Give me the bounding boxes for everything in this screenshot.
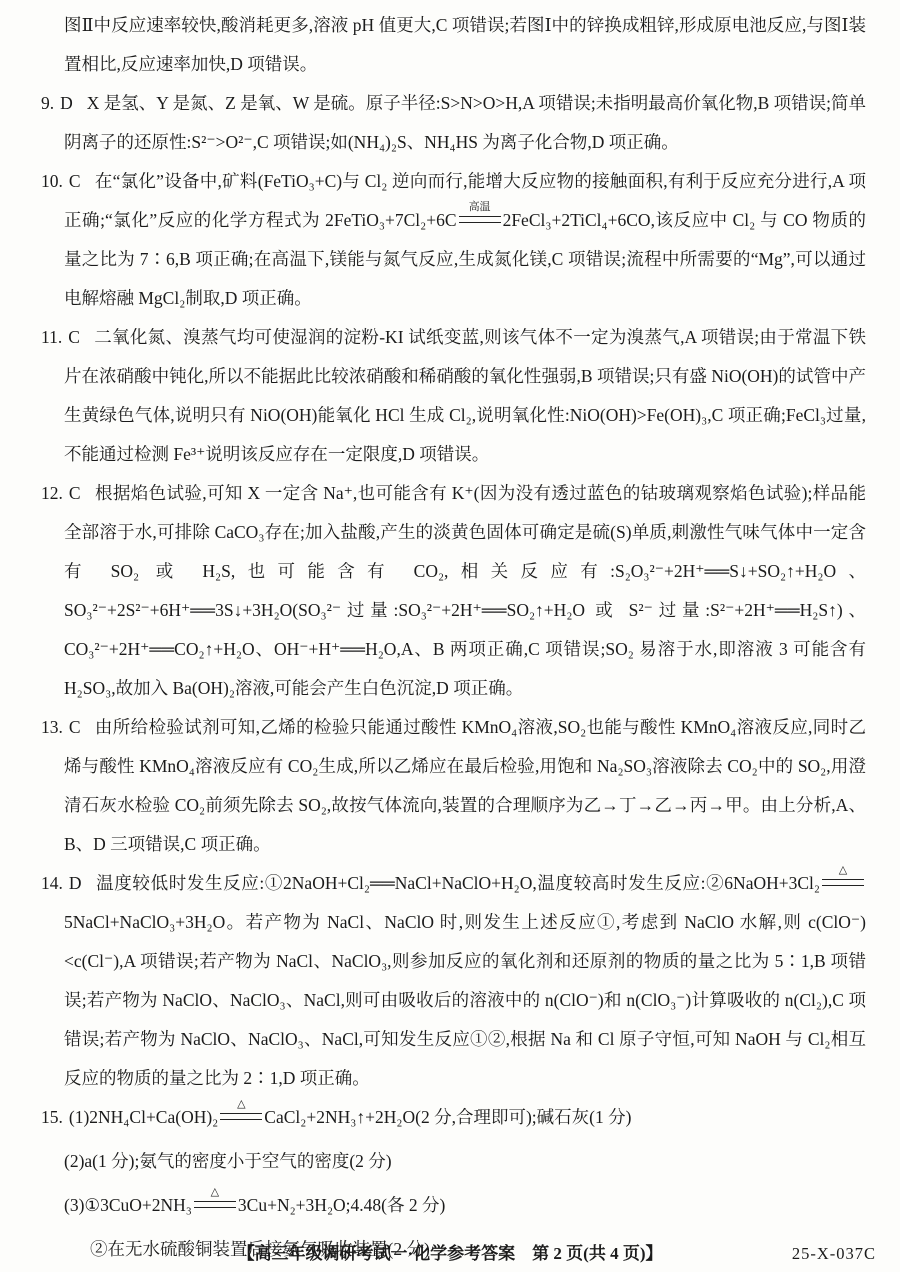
answer-item-13: 13.C由所给检验试剂可知,乙烯的检验只能通过酸性 KMnO₄溶液,SO₂也能与…: [0, 708, 866, 864]
item-text: 温度较低时发生反应:①2NaOH+Cl₂══NaCl+NaClO+H₂O,温度较…: [64, 873, 866, 1088]
item-answer-letter: C: [69, 171, 81, 191]
item-answer-letter: C: [69, 717, 81, 737]
reaction-condition: 高温: [459, 216, 501, 225]
item-text: 根据焰色试验,可知 X 一定含 Na⁺,也可能含有 K⁺(因为没有透过蓝色的钴玻…: [64, 483, 866, 698]
item-number: 11.: [41, 327, 62, 347]
item-number: 12.: [41, 483, 63, 503]
answer-item-11: 11.C二氧化氮、溴蒸气均可使湿润的淀粉-KI 试纸变蓝,则该气体不一定为溴蒸气…: [0, 318, 866, 474]
answer-item-9: 9.DX 是氢、Y 是氮、Z 是氧、W 是硫。原子半径:S>N>O>H,A 项错…: [0, 84, 866, 162]
footer-paper-code: 25-X-037C: [792, 1234, 876, 1272]
answer-item-12: 12.C根据焰色试验,可知 X 一定含 Na⁺,也可能含有 K⁺(因为没有透过蓝…: [0, 474, 866, 708]
footer-title-page-number: 【高三年级调研考试一·化学参考答案 第 2 页(共 4 页)】: [238, 1244, 663, 1263]
item-number: 13.: [41, 717, 63, 737]
item-text: 在“氯化”设备中,矿料(FeTiO₃+C)与 Cl₂ 逆向而行,能增大反应物的接…: [64, 171, 866, 308]
answer-item-10: 10.C在“氯化”设备中,矿料(FeTiO₃+C)与 Cl₂ 逆向而行,能增大反…: [0, 162, 866, 318]
item-text: (1)2NH₄Cl+Ca(OH)₂△CaCl₂+2NH₃↑+2H₂O(2 分,合…: [69, 1107, 632, 1127]
answer-sheet-body: 图Ⅱ中反应速率较快,酸消耗更多,溶液 pH 值更大,C 项错误;若图Ⅰ中的锌换成…: [0, 0, 900, 1269]
item-text: 二氧化氮、溴蒸气均可使湿润的淀粉-KI 试纸变蓝,则该气体不一定为溴蒸气,A 项…: [64, 327, 866, 464]
page-footer: 【高三年级调研考试一·化学参考答案 第 2 页(共 4 页)】 25-X-037…: [0, 1234, 900, 1260]
reaction-condition: △: [194, 1201, 236, 1210]
answer-item-15-line-2: (2)a(1 分);氨气的密度小于空气的密度(2 分): [0, 1142, 866, 1181]
item-text: 由所给检验试剂可知,乙烯的检验只能通过酸性 KMnO₄溶液,SO₂也能与酸性 K…: [64, 717, 866, 854]
answer-item-14: 14.D温度较低时发生反应:①2NaOH+Cl₂══NaCl+NaClO+H₂O…: [0, 864, 866, 1098]
item-answer-letter: C: [68, 327, 80, 347]
answer-item-15-line-3: (3)①3CuO+2NH₃△3Cu+N₂+3H₂O;4.48(各 2 分): [0, 1186, 866, 1225]
item-text: 图Ⅱ中反应速率较快,酸消耗更多,溶液 pH 值更大,C 项错误;若图Ⅰ中的锌换成…: [64, 15, 866, 74]
item-text: (2)a(1 分);氨气的密度小于空气的密度(2 分): [64, 1151, 392, 1171]
item-number: 14.: [41, 873, 63, 893]
answer-item-15-line-1: 15.(1)2NH₄Cl+Ca(OH)₂△CaCl₂+2NH₃↑+2H₂O(2 …: [0, 1098, 866, 1137]
reaction-condition: △: [822, 879, 864, 888]
item-text: (3)①3CuO+2NH₃△3Cu+N₂+3H₂O;4.48(各 2 分): [64, 1195, 445, 1215]
item-answer-letter: D: [69, 873, 82, 893]
item-answer-letter: C: [69, 483, 81, 503]
reaction-condition: △: [220, 1113, 262, 1122]
item-answer-letter: D: [60, 93, 73, 113]
item-number: 9.: [41, 93, 54, 113]
item-text: X 是氢、Y 是氮、Z 是氧、W 是硫。原子半径:S>N>O>H,A 项错误;未…: [64, 93, 866, 152]
item-number: 15.: [41, 1107, 63, 1127]
answer-item-8-continuation: 图Ⅱ中反应速率较快,酸消耗更多,溶液 pH 值更大,C 项错误;若图Ⅰ中的锌换成…: [0, 6, 866, 84]
exam-answer-page: 图Ⅱ中反应速率较快,酸消耗更多,溶液 pH 值更大,C 项错误;若图Ⅰ中的锌换成…: [0, 0, 900, 1272]
item-number: 10.: [41, 171, 63, 191]
